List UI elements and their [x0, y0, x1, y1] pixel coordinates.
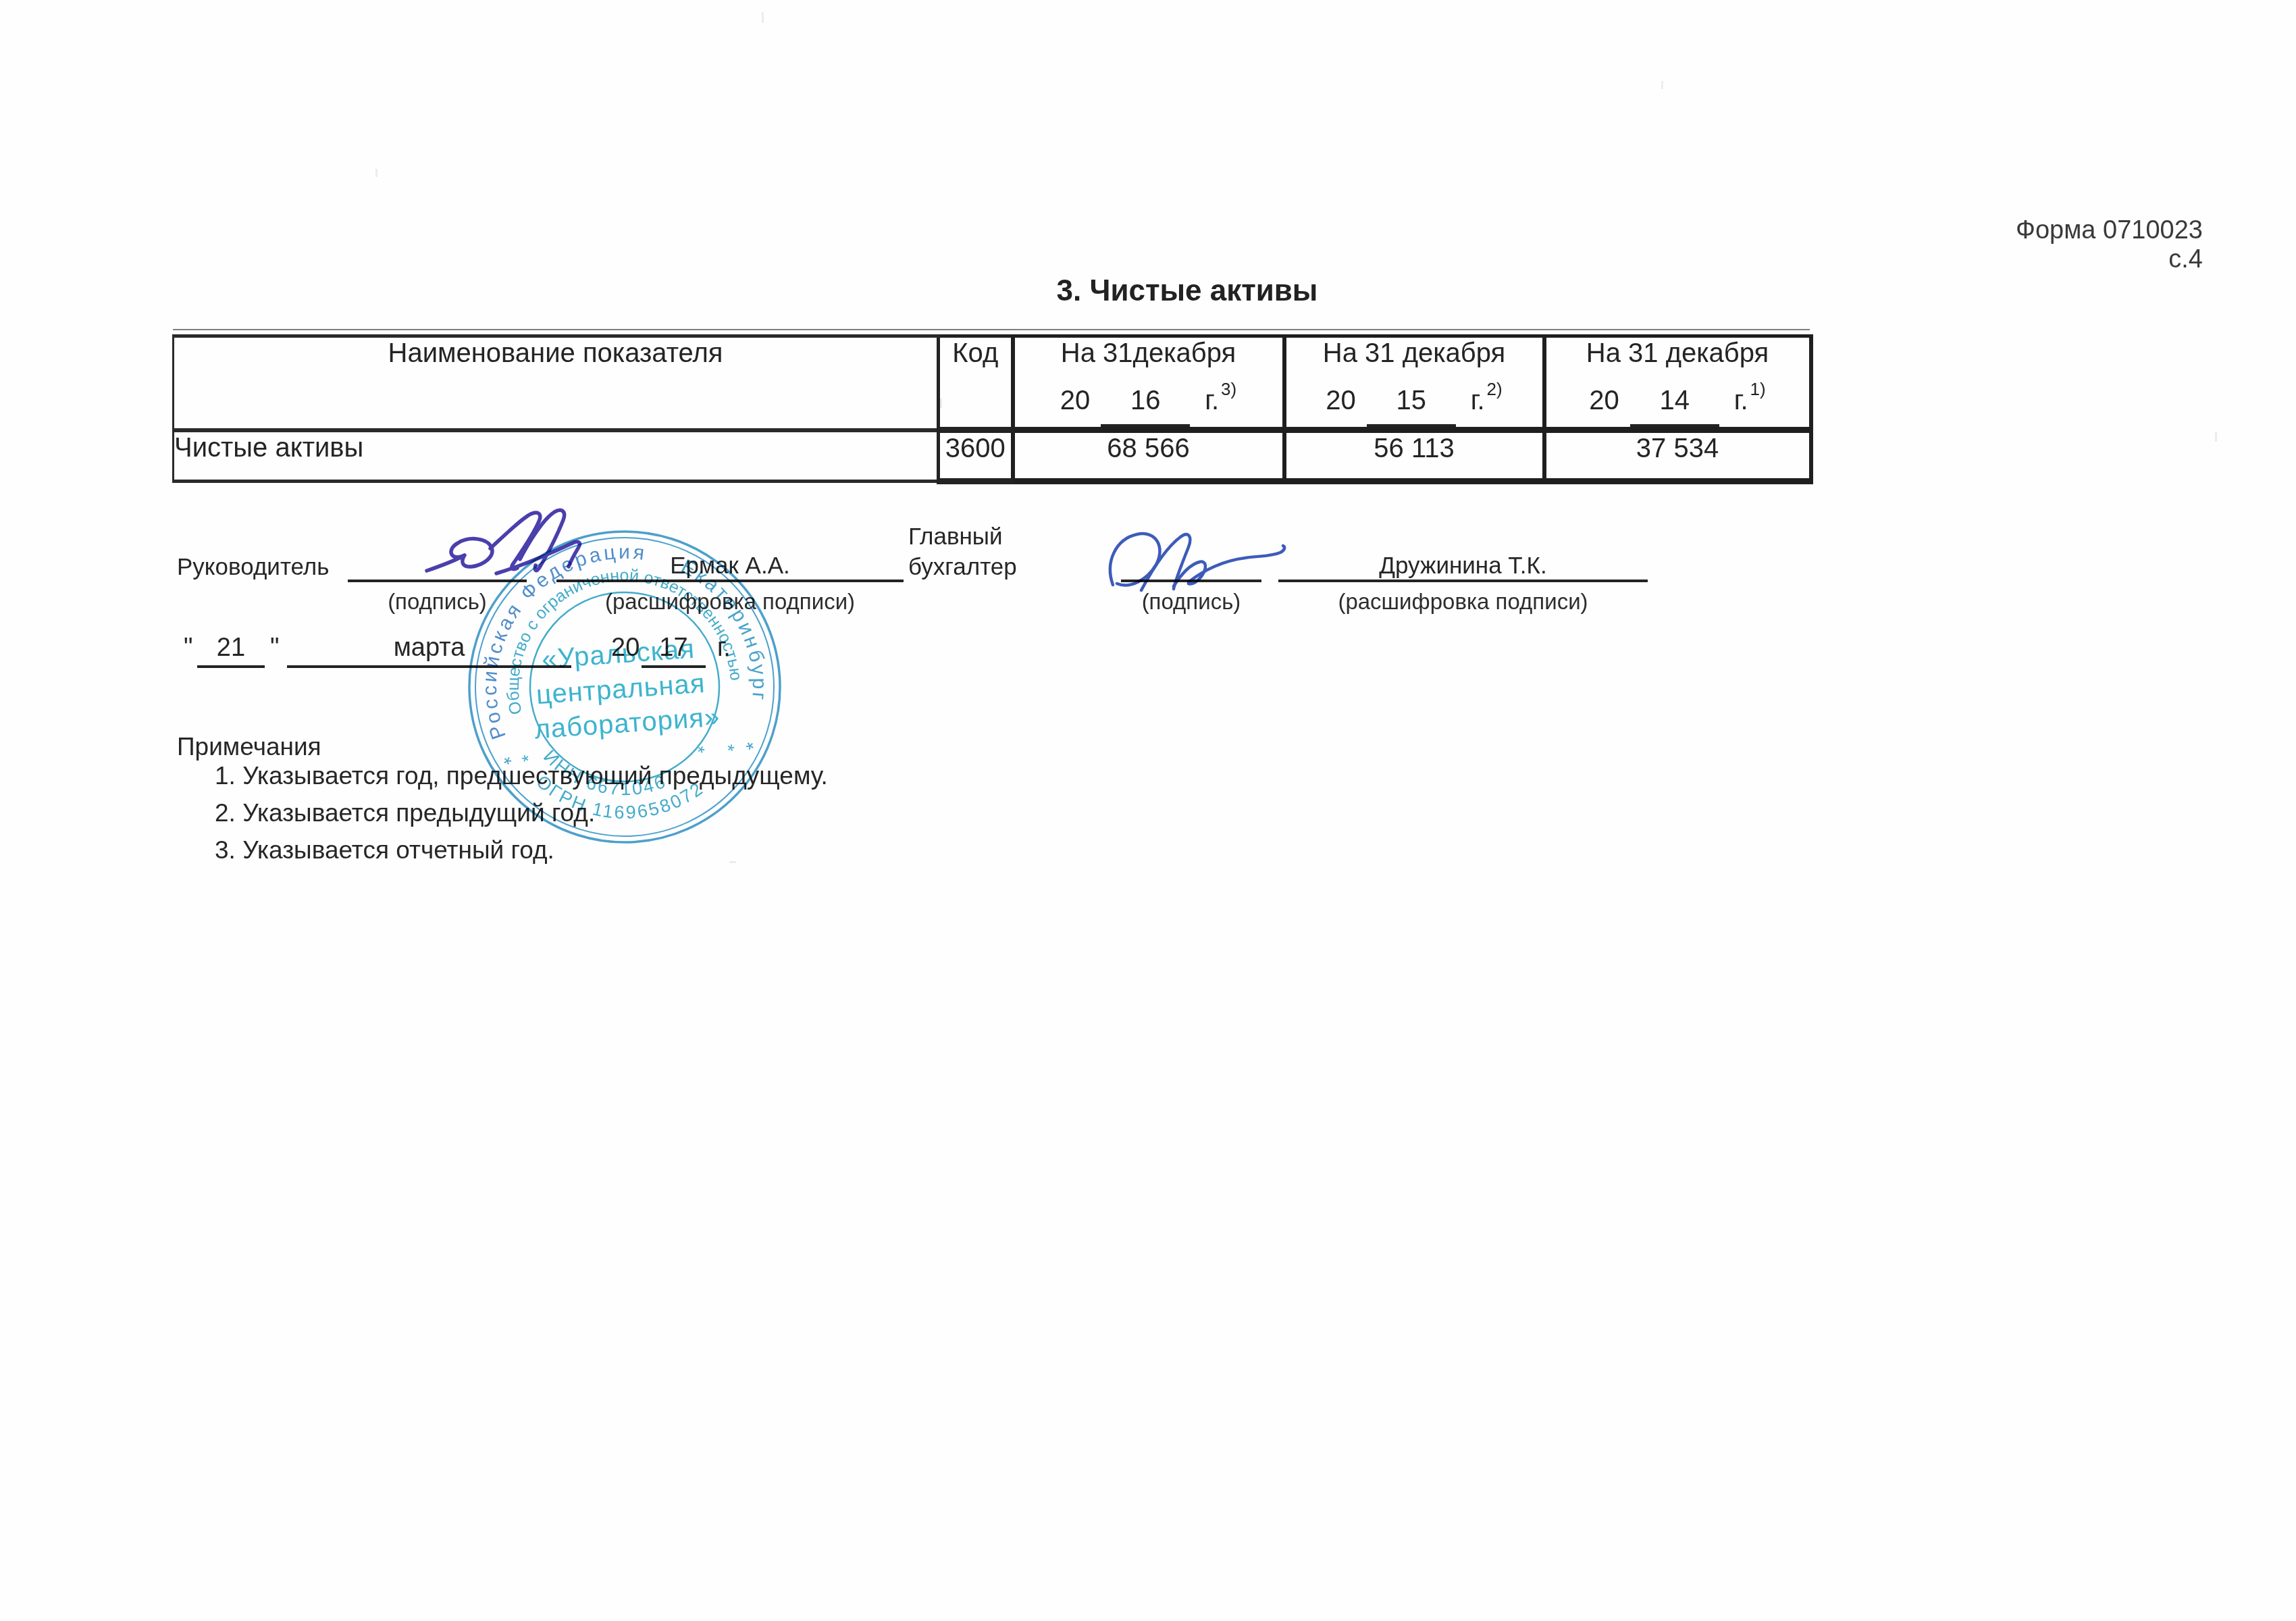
year-prefix: 20	[1060, 385, 1091, 416]
chief-accountant-name: Дружинина Т.К.	[1278, 552, 1648, 580]
svg-text:*: *	[693, 741, 714, 762]
scan-speck	[762, 12, 764, 23]
year-blank: 16	[1101, 385, 1190, 427]
year-blank: 15	[1367, 385, 1456, 427]
row-code: 3600	[939, 430, 1013, 482]
scanned-form-page: Форма 0710023 с.4 3. Чистые активы Наиме…	[0, 0, 2296, 1621]
role-chief-accountant-line2: бухгалтер	[908, 554, 1017, 581]
role-chief-accountant-line1: Главный	[908, 523, 1003, 550]
sign-label: (подпись)	[1121, 589, 1261, 615]
table-header-row: Наименование показателя Код На 31декабря…	[174, 336, 1811, 430]
year-prefix: 20	[1326, 385, 1356, 416]
table-top-scanline	[173, 329, 1810, 330]
transcript-label: (расшифровка подписи)	[1278, 589, 1648, 615]
day-underline	[197, 665, 265, 668]
page-title: 3. Чистые активы	[985, 274, 1390, 308]
period-year-row: 20 14 г. 1)	[1546, 385, 1809, 427]
col-header-code: Код	[939, 336, 1013, 430]
net-assets-table: Наименование показателя Код На 31декабря…	[172, 334, 1813, 484]
stamp-star: *	[693, 741, 714, 762]
period-year-row: 20 16 г. 3)	[1015, 385, 1282, 427]
notes-heading: Примечания	[177, 733, 321, 761]
col-header-period-2014: На 31 декабря 20 14 г. 1)	[1544, 336, 1811, 430]
name-line	[1278, 580, 1648, 582]
date-quote-open: "	[184, 634, 193, 663]
date-day: 21	[200, 634, 262, 663]
year-prefix: 20	[1589, 385, 1619, 416]
period-caption: На 31 декабря	[1286, 338, 1542, 369]
year-suffix: г.	[1205, 385, 1219, 416]
value-2016: 68 566	[1013, 430, 1284, 482]
date-quote-close: "	[270, 634, 280, 663]
company-stamp-seal: Российская Федерация Екатеринбург * * Об…	[430, 492, 819, 881]
col-header-name: Наименование показателя	[174, 336, 939, 430]
stamp-center-line3: лаборатория»	[533, 702, 721, 744]
row-indicator-name: Чистые активы	[174, 430, 939, 482]
footnote-ref: 1)	[1750, 380, 1766, 400]
footnote-ref: 2)	[1487, 380, 1503, 400]
stamp-center-line1: «Уральская	[541, 634, 696, 675]
form-code: Форма 0710023 с.4	[1992, 216, 2203, 274]
footnote-ref: 3)	[1221, 380, 1236, 400]
year-suffix: г.	[1471, 385, 1485, 416]
value-2014: 37 534	[1544, 430, 1811, 482]
svg-text:«Уральская центральная: «Уральская центральная лаборатория»	[529, 633, 721, 745]
col-header-period-2016: На 31декабря 20 16 г. 3)	[1013, 336, 1284, 430]
year-blank: 14	[1630, 385, 1719, 427]
role-director: Руководитель	[177, 554, 329, 581]
scan-speck	[2215, 432, 2217, 442]
period-caption: На 31декабря	[1015, 338, 1282, 369]
value-2015: 56 113	[1284, 430, 1544, 482]
signature-line	[1121, 580, 1261, 582]
stamp-center-line2: центральная	[536, 669, 706, 710]
scan-speck	[375, 169, 377, 177]
scan-speck	[1661, 81, 1663, 89]
col-header-period-2015: На 31 декабря 20 15 г. 2)	[1284, 336, 1544, 430]
period-year-row: 20 15 г. 2)	[1286, 385, 1542, 427]
table-row: Чистые активы 3600 68 566 56 113 37 534	[174, 430, 1811, 482]
year-suffix: г.	[1734, 385, 1748, 416]
period-caption: На 31 декабря	[1546, 338, 1809, 369]
